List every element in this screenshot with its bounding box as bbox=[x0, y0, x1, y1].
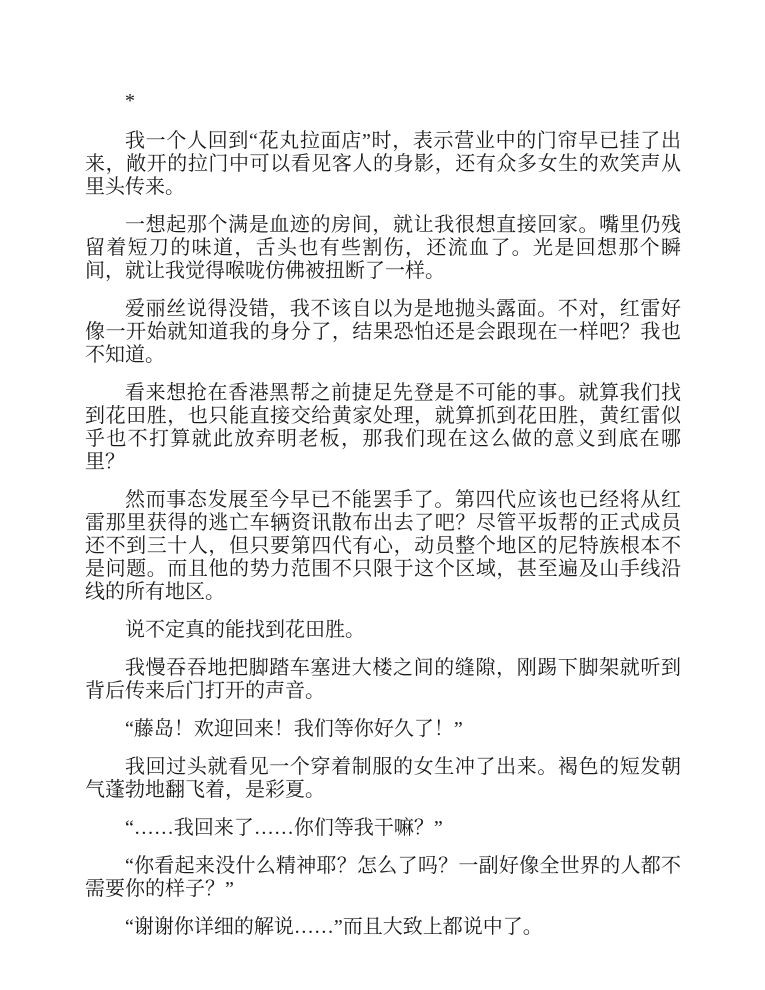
paragraph-02: 一想起那个满是血迹的房间，就让我很想直接回家。嘴里仍残留着短刀的味道，舌头也有些… bbox=[85, 214, 681, 283]
paragraph-01: 我一个人回到“花丸拉面店”时，表示营业中的门帘早已挂了出来，敞开的拉门中可以看见… bbox=[85, 130, 681, 199]
paragraph-05: 然而事态发展至今早已不能罢手了。第四代应该也已经将从红雷那里获得的逃亡车辆资讯散… bbox=[85, 489, 681, 604]
paragraph-04: 看来想抢在香港黑帮之前捷足先登是不可能的事。就算我们找到花田胜，也只能直接交给黄… bbox=[85, 382, 681, 474]
paragraph-10: “……我回来了……你们等我干嘛？” bbox=[85, 817, 681, 840]
paragraph-06: 说不定真的能找到花田胜。 bbox=[85, 619, 681, 642]
paragraph-08: “藤岛！欢迎回来！我们等你好久了！” bbox=[85, 718, 681, 741]
paragraph-09: 我回过头就看见一个穿着制服的女生冲了出来。褐色的短发朝气蓬勃地翻飞着，是彩夏。 bbox=[85, 756, 681, 802]
paragraph-12: “谢谢你详细的解说……”而且大致上都说中了。 bbox=[85, 916, 681, 939]
paragraph-03: 爱丽丝说得没错，我不该自以为是地抛头露面。不对，红雷好像一开始就知道我的身分了，… bbox=[85, 298, 681, 367]
paragraph-11: “你看起来没什么精神耶？怎么了吗？一副好像全世界的人都不需要你的样子？” bbox=[85, 855, 681, 901]
document-page: * 我一个人回到“花丸拉面店”时，表示营业中的门帘早已挂了出来，敞开的拉门中可以… bbox=[85, 90, 681, 954]
section-break-marker: * bbox=[85, 90, 681, 113]
paragraph-07: 我慢吞吞地把脚踏车塞进大楼之间的缝隙，刚踢下脚架就听到背后传来后门打开的声音。 bbox=[85, 657, 681, 703]
